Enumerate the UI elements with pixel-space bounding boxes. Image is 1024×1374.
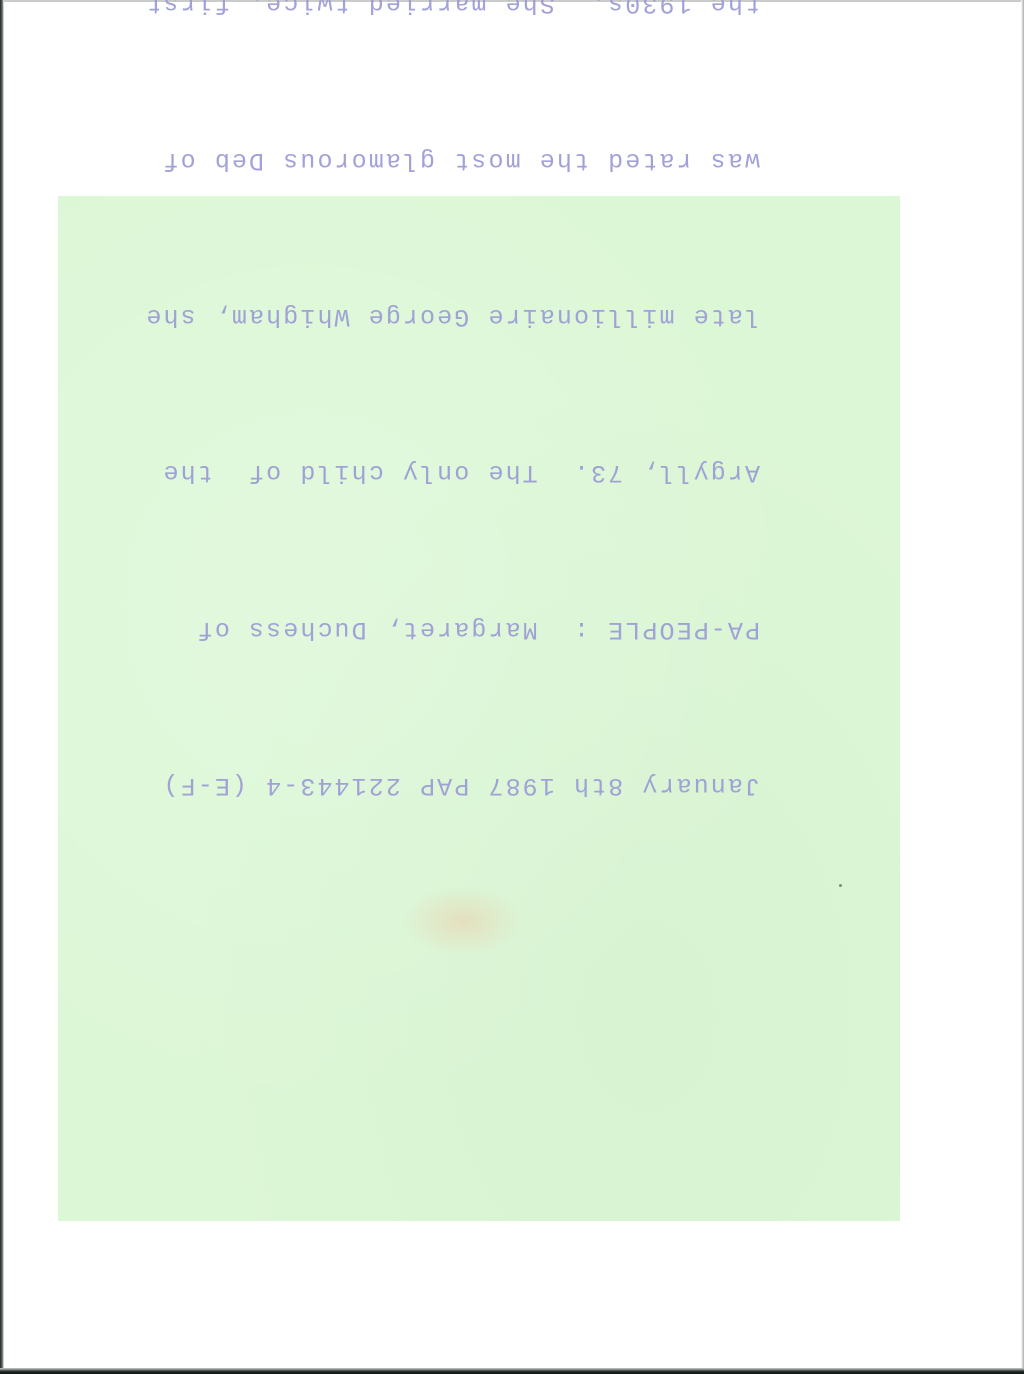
typed-caption-rotated: January 8th 1987 PAP 221443-4 (E-F) PA-P… [58, 196, 900, 1221]
caption-line: late millionaire George Whigham, she [110, 290, 760, 342]
caption-line: Argyll, 73. The only child of the [110, 446, 760, 498]
caption-line: was rated the most glamorous Deb of [110, 134, 760, 186]
typed-caption-text: January 8th 1987 PAP 221443-4 (E-F) PA-P… [110, 0, 760, 915]
caption-line: the 1930s. She married twice, first [110, 0, 760, 29]
caption-line-dateline: January 8th 1987 PAP 221443-4 (E-F) [110, 759, 760, 811]
scan-edge-left [0, 0, 4, 1374]
scan-edge-bottom [0, 1368, 1024, 1374]
caption-line: PA-PEOPLE : Margaret, Duchess of [110, 602, 760, 654]
